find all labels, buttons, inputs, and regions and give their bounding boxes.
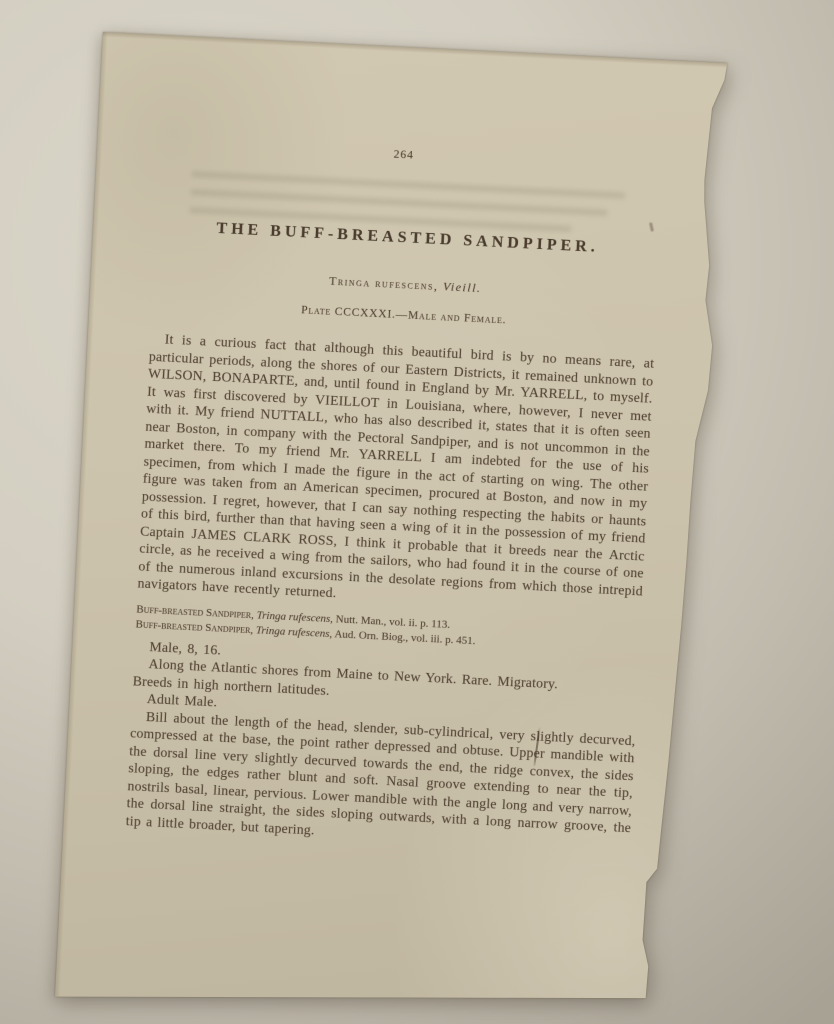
plate-separator: — xyxy=(395,309,408,322)
reference-species: Tringa rufescens, xyxy=(256,624,333,640)
plate-line: Plate CCCXXXI.—Male and Female. xyxy=(151,296,656,335)
plate-number: Plate CCCXXXI. xyxy=(301,304,396,321)
species-name: Tringa rufescens, xyxy=(329,274,439,293)
photo-mat: 264 THE BUFF-BREASTED SANDPIPER. Tringa … xyxy=(0,0,834,1024)
article-title: THE BUFF-BREASTED SANDPIPER. xyxy=(155,217,660,260)
page-content: 264 THE BUFF-BREASTED SANDPIPER. Tringa … xyxy=(63,132,723,857)
page-number: 264 xyxy=(159,135,664,176)
reference-species: Tringa rufescens, xyxy=(256,609,333,625)
main-paragraph: It is a curious fact that although this … xyxy=(137,330,654,617)
book-page-wrapper: 264 THE BUFF-BREASTED SANDPIPER. Tringa … xyxy=(0,0,834,1024)
book-page: 264 THE BUFF-BREASTED SANDPIPER. Tringa … xyxy=(55,32,728,1024)
species-line: Tringa rufescens, Vieill. xyxy=(153,265,658,304)
description-paragraph: Bill about the length of the head, slend… xyxy=(125,707,635,854)
plate-subjects: Male and Female. xyxy=(408,310,507,327)
species-authority: Vieill. xyxy=(443,279,482,295)
